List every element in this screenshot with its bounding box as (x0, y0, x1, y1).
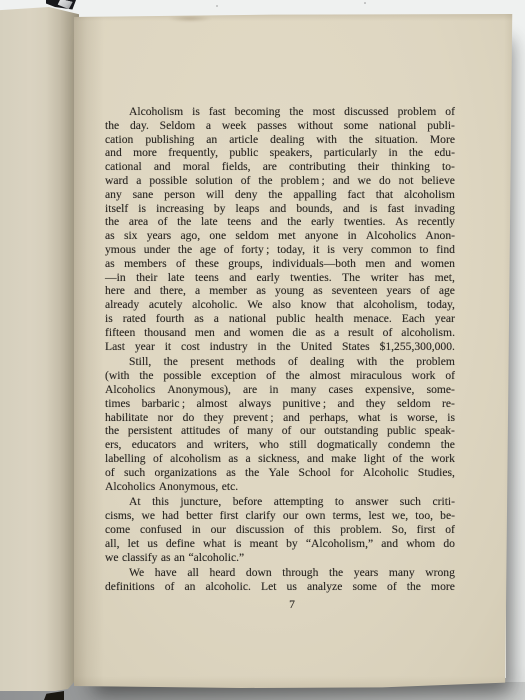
text-line: definitionsofanalcoholic.Letusanalyzesom… (105, 580, 455, 594)
text-line: thepersistentattitudesofmanyofouroutstan… (105, 424, 455, 438)
text-line: isratedfourthasanationalpublichealthmena… (105, 312, 455, 326)
text-line: AlcoholicsAnonymous,etc. (105, 480, 455, 494)
text-block: Alcoholismisfastbecomingthemostdiscussed… (105, 105, 455, 596)
text-line: fifteenthousandmenandwomendieasaresultof… (105, 326, 455, 340)
text-line: LastyearitcostindustryintheUnitedStates$… (105, 340, 455, 354)
text-line: labellingofalcoholismasasickness,andmake… (105, 452, 455, 466)
text-line: anysanepersonwilldenytheappallingfacttha… (105, 188, 455, 202)
text-line: (withthepossibleexceptionofthealmostmira… (105, 369, 455, 383)
book-page: Alcoholismisfastbecomingthemostdiscussed… (74, 14, 514, 688)
paragraph: Wehaveallhearddownthroughtheyearsmanywro… (105, 566, 455, 594)
text-line: habilitatenordotheyprevent ;andperhaps,w… (105, 411, 455, 425)
text-line: weclassifyasan“alcoholic.” (105, 551, 455, 565)
text-line: timesbarbaric ;almostalwayspunitive ;and… (105, 397, 455, 411)
text-line: alreadyacutelyalcoholic.Wealsoknowthatal… (105, 298, 455, 312)
text-line: comeconfusedinourdiscussionofthisproblem… (105, 523, 455, 537)
text-line: Alcoholismisfastbecomingthemostdiscussed… (105, 105, 455, 119)
text-line: Wehaveallhearddownthroughtheyearsmanywro… (105, 566, 455, 580)
text-line: ers,educatorsandwriters,whostilldogmatic… (105, 438, 455, 452)
text-line: cisms,wehadbetterfirstclarifyourownterms… (105, 509, 455, 523)
text-line: itselfisincreasingbyleapsandbounds,andis… (105, 202, 455, 216)
text-line: asmembersofthesegroups,individuals—bothm… (105, 257, 455, 271)
book-photo: Alcoholismisfastbecomingthemostdiscussed… (0, 0, 525, 700)
paragraph: Still,thepresentmethodsofdealingwiththep… (105, 355, 455, 493)
text-line: —intheirlateteensandearlytwenties.Thewri… (105, 271, 455, 285)
dust-speck (364, 2, 366, 4)
text-line: ymousundertheageofforty ;today,itisveryc… (105, 243, 455, 257)
page-number: 7 (117, 598, 467, 612)
text-line: theday.Seldomaweekpasseswithoutsomenatio… (105, 119, 455, 133)
paragraph: Atthisjuncture,beforeattemptingtoanswers… (105, 495, 455, 564)
paragraph: Alcoholismisfastbecomingthemostdiscussed… (105, 105, 455, 353)
text-line: theareaofthelateteensandtheearlytwenties… (105, 215, 455, 229)
dust-speck (216, 5, 218, 7)
text-line: ofsuchorganizationsastheYaleSchoolforAlc… (105, 466, 455, 480)
text-line: andmorefrequently,publicspeakers,particu… (105, 146, 455, 160)
text-line: assixyearsago,oneseldommetanyoneinAlcoho… (105, 229, 455, 243)
text-line: Still,thepresentmethodsofdealingwiththep… (105, 355, 455, 369)
text-line: cationpublishinganarticledealingwiththes… (105, 133, 455, 147)
facing-page-edge (0, 6, 79, 691)
text-line: Atthisjuncture,beforeattemptingtoanswers… (105, 495, 455, 509)
text-line: all,letusdefinewhatismeantby“Alcoholism,… (105, 537, 455, 551)
text-line: wardapossiblesolutionoftheproblem ;andwe… (105, 174, 455, 188)
paper-smudge (168, 15, 212, 22)
text-line: cationalandmoralfields,arecontributingth… (105, 160, 455, 174)
text-line: hereandthere,amemberasyoungasseventeenye… (105, 284, 455, 298)
text-line: AlcoholicsAnonymous),areinmanycasesexpen… (105, 383, 455, 397)
